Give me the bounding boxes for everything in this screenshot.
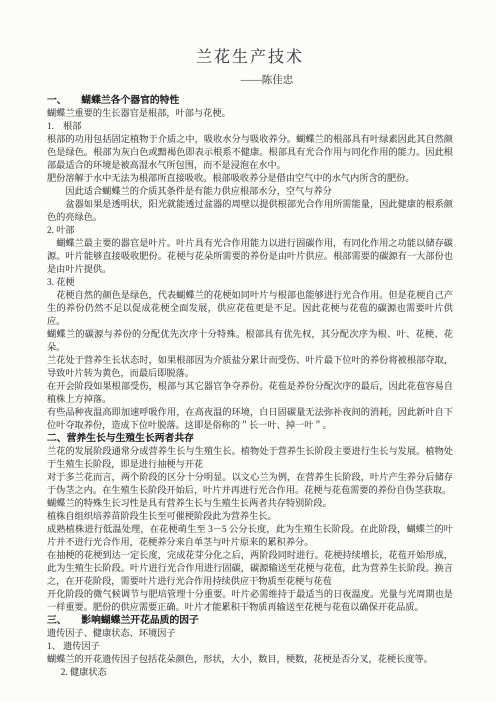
paragraph: 在抽梗的花梗到达一定长度，完成花芽分化之后，两阶段同时进行。花梗持续增长，花苞开… — [47, 549, 453, 588]
section-heading: 二、营养生长与生殖生长两者共存 — [47, 432, 453, 445]
paragraph: 兰花的发展阶段通常分成营养生长与生殖生长。植物处于营养生长阶段主要进行生长与发展… — [47, 445, 453, 471]
document-byline: ——陈佳忠 — [47, 73, 453, 88]
paragraph: 蝴蝶兰的碳源与养份的分配优先次序十分特殊。根部具有优先权，其分配次序为根、叶、花… — [47, 328, 453, 354]
paragraph: 遗传因子、健康状态、环境因子 — [47, 627, 453, 640]
paragraph: 盆器如果是透明状，阳光就能透过盆器的周壁以提供根部光合作用所需能量，因此健康的根… — [47, 198, 453, 224]
page-title: 兰花生产技术 — [47, 46, 453, 70]
paragraph: 蝴蝶兰最主要的器官是叶片。叶片具有光合作用能力以进行固碳作用，有同化作用之功能以… — [47, 237, 453, 276]
paragraph: 1、 遗传因子 — [47, 640, 453, 653]
paragraph: 对于多兰花而言，两个阶段的区分十分明显。以文心兰为例，在营养生长阶段，叶片产生养… — [47, 471, 453, 497]
document-body: 一、 蝴蝶兰各个器官的特性蝴蝶兰重要的生长器官是根部，叶部与花梗。1. 根部根部… — [47, 94, 453, 679]
document-page: 兰花生产技术 ——陈佳忠 一、 蝴蝶兰各个器官的特性蝴蝶兰重要的生长器官是根部，… — [0, 0, 496, 702]
paragraph: 在开会阶段如果根部受伤，根部与其它器官争夺养份。花苞是养份分配次序的最后，因此花… — [47, 380, 453, 406]
paragraph: 1. 根部 — [47, 120, 453, 133]
paragraph: 植株自组织培养苗阶段生长至可催梗阶段此为营养生长。 — [47, 510, 453, 523]
paragraph: 2. 叶部 — [47, 224, 453, 237]
paragraph: 开化阶段的微气候调节与肥培管理十分重要。叶片必需维持于最适当的日夜温度。光量与光… — [47, 588, 453, 614]
section-heading: 三、 影响蝴蝶兰开花品质的因子 — [47, 614, 453, 627]
paragraph: 有些品种夜温高即加速呼吸作用，在高夜温的环境，白日固碳量无法弥补夜间的消耗，因此… — [47, 406, 453, 432]
paragraph: 兰花处于营养生长状态时，如果根部因为介质盐分累计而受伤、叶片最下位叶的养份将被根… — [47, 354, 453, 380]
paragraph: 成熟植株进行低温处理，在花梗萌生至 3－5 公分长度，此为生殖生长阶段。在此阶段… — [47, 523, 453, 549]
paragraph: 根部的功用包括固定植物于介质之中，吸收水分与吸收养分。蝴蝶兰的根部具有叶绿素因此… — [47, 133, 453, 172]
paragraph: 蝴蝶兰的特殊生长习性是具有营养生长与生殖生长两者共存特别阶段。 — [47, 497, 453, 510]
document-content: 兰花生产技术 ——陈佳忠 一、 蝴蝶兰各个器官的特性蝴蝶兰重要的生长器官是根部，… — [47, 46, 453, 679]
paragraph: 2. 健康状态 — [47, 666, 453, 679]
paragraph: 蝴蝶兰的开花遗传因子包括花朵颜色，形状，大小，数目，梗数，花梗是否分叉，花梗长度… — [47, 653, 453, 666]
paragraph: 花梗自然的颜色是绿色，代表蝴蝶兰的花梗如同叶片与根部也能够进行光合作用。但是花梗… — [47, 289, 453, 328]
section-heading: 一、 蝴蝶兰各个器官的特性 — [47, 94, 453, 107]
paragraph: 肥份溶解于水中无法为根部所直接吸收。根部吸收养分是借由空气中的水气内所含的肥份。 — [47, 172, 453, 185]
paragraph: 因此适合蝴蝶兰的介质其条件是有能力供应根部水分，空气与养分 — [47, 185, 453, 198]
paragraph: 3. 花梗 — [47, 276, 453, 289]
paragraph: 蝴蝶兰重要的生长器官是根部，叶部与花梗。 — [47, 107, 453, 120]
